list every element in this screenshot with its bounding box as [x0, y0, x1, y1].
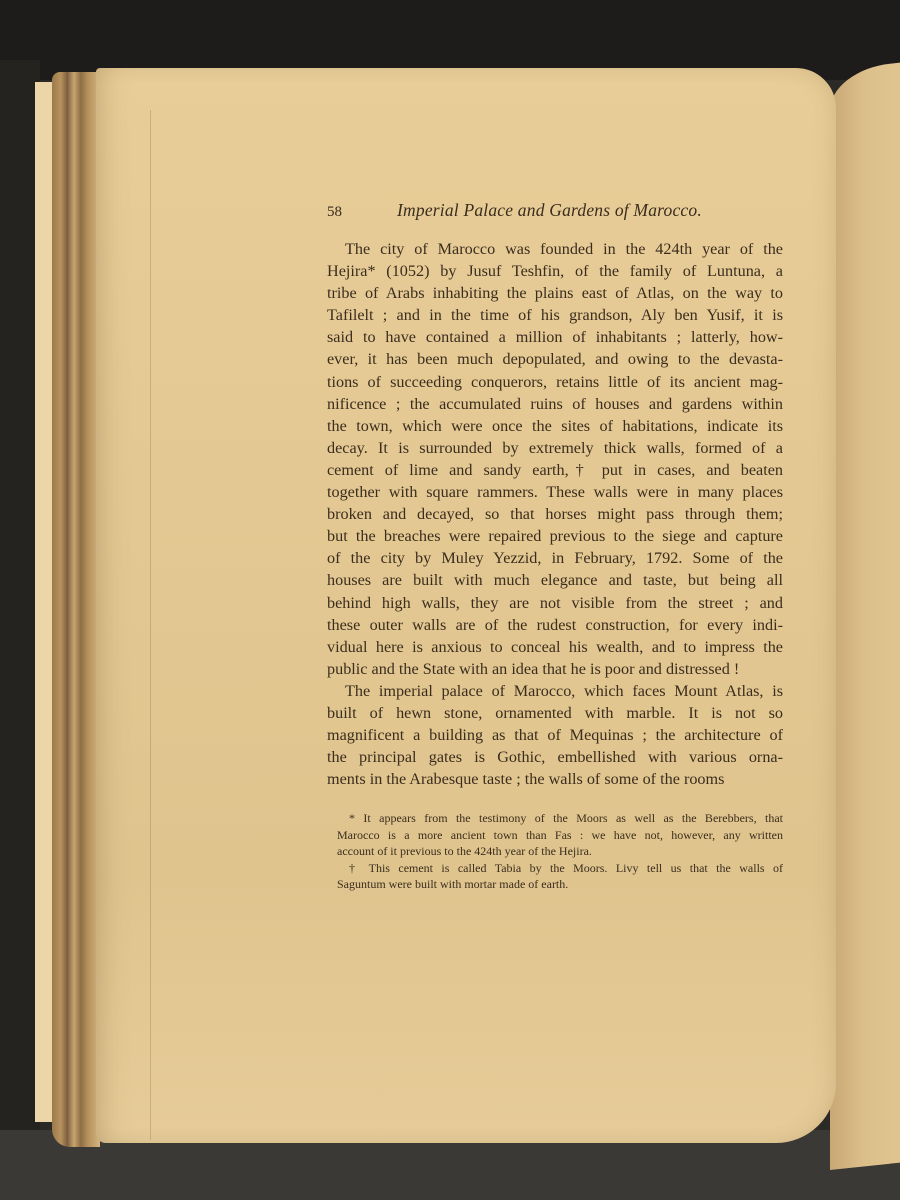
text-line: vidual here is anxious to conceal his we…	[327, 636, 783, 658]
running-title: Imperial Palace and Gardens of Marocco.	[397, 200, 702, 221]
footnote-asterisk: * It appears from the testimony of the M…	[337, 810, 783, 860]
text-line: these outer walls are of the rudest cons…	[327, 614, 783, 636]
text-line: Tafilelt ; and in the time of his grands…	[327, 304, 783, 326]
text-line: ever, it has been much depopulated, and …	[327, 348, 783, 370]
footnotes: * It appears from the testimony of the M…	[327, 810, 783, 893]
text-line: together with square rammers. These wall…	[327, 481, 783, 503]
text-line: said to have contained a million of inha…	[327, 326, 783, 348]
body-text: The city of Marocco was founded in the 4…	[327, 238, 783, 790]
page-number: 58	[327, 204, 397, 221]
text-line: nificence ; the accumulated ruins of hou…	[327, 393, 783, 415]
text-line: behind high walls, they are not visible …	[327, 592, 783, 614]
text-line: of the city by Muley Yezzid, in February…	[327, 547, 783, 569]
text-line: decay. It is surrounded by extremely thi…	[327, 437, 783, 459]
footnote-line: † This cement is called Tabia by the Moo…	[337, 860, 783, 877]
paragraph-2: The imperial palace of Marocco, which fa…	[327, 680, 783, 790]
footnote-line: * It appears from the testimony of the M…	[337, 810, 783, 827]
background-left	[0, 60, 40, 1140]
text-line: Hejira* (1052) by Jusuf Teshfin, of the …	[327, 260, 783, 282]
page-text-block: 58 Imperial Palace and Gardens of Marocc…	[327, 200, 783, 893]
page-header: 58 Imperial Palace and Gardens of Marocc…	[327, 200, 783, 224]
paragraph-1: The city of Marocco was founded in the 4…	[327, 238, 783, 680]
text-line: but the breaches were repaired previous …	[327, 525, 783, 547]
text-line: the town, which were once the sites of h…	[327, 415, 783, 437]
footnote-line: Saguntum were built with mortar made of …	[337, 876, 783, 893]
text-line: The city of Marocco was founded in the 4…	[327, 238, 783, 260]
text-line: The imperial palace of Marocco, which fa…	[327, 680, 783, 702]
text-line: the principal gates is Gothic, embellish…	[327, 746, 783, 768]
text-line: ments in the Arabesque taste ; the walls…	[327, 768, 783, 790]
text-line: cement of lime and sandy earth,† put in …	[327, 459, 783, 481]
text-line: tions of succeeding conquerors, retains …	[327, 371, 783, 393]
footnote-dagger: † This cement is called Tabia by the Moo…	[337, 860, 783, 893]
text-line: broken and decayed, so that horses might…	[327, 503, 783, 525]
footnote-line: account of it previous to the 424th year…	[337, 843, 783, 860]
facing-page	[830, 61, 900, 1170]
text-line: built of hewn stone, ornamented with mar…	[327, 702, 783, 724]
footnote-line: Marocco is a more ancient town than Fas …	[337, 827, 783, 844]
text-line: public and the State with an idea that h…	[327, 658, 783, 680]
text-line: tribe of Arabs inhabiting the plains eas…	[327, 282, 783, 304]
text-line: houses are built with much elegance and …	[327, 569, 783, 591]
deckled-page-edges	[52, 72, 100, 1147]
gutter-fold-line	[150, 110, 151, 1140]
text-line: magnificent a building as that of Mequin…	[327, 724, 783, 746]
